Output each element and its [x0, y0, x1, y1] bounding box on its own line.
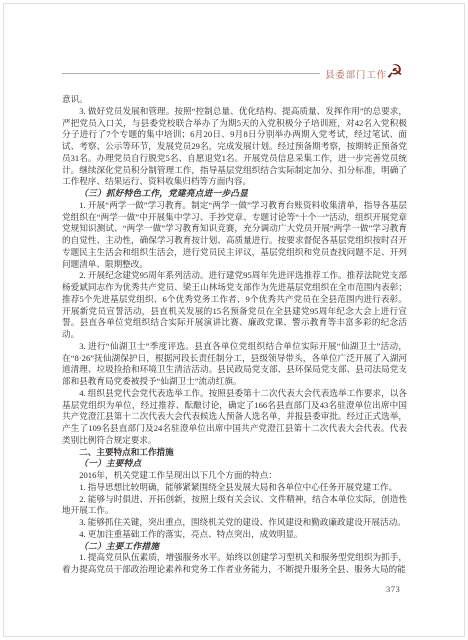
- paragraph: 1. 提高党员队伍素质，增强服务水平。始终以创建学习型机关和服务型党组织为抓手，…: [62, 552, 407, 576]
- party-emblem-icon: ☭: [386, 60, 403, 84]
- paragraph: 3. 做好党员发展和管理。按照“控制总量、优化结构、提高质量、发挥作用”的总要求…: [62, 106, 407, 188]
- running-head-rule: [62, 73, 320, 74]
- paragraph: 2016年，机关党建工作呈现出以下几个方面的特点：: [62, 470, 407, 482]
- paragraph: 2. 能够与时俱进、开拓创新，按照上级有关会议、文件精神，结合本单位实际，创造性…: [62, 494, 407, 518]
- paragraph: 4. 组织县党代会党代表选举工作。按照县委第十二次代表大会代表选举工作要求，以各…: [62, 388, 407, 447]
- paragraph: （二）主要工作措施: [62, 541, 407, 553]
- book-page: 县委部门工作 ☭ 意识。3. 做好党员发展和管理。按照“控制总量、优化结构、提高…: [0, 0, 468, 640]
- paragraph: 1. 开展“两学一做”学习教育。制定“两学一做”学习教育台账资料收集清单，指导各…: [62, 200, 407, 271]
- paragraph: 1. 指导思想比较明确，能够紧紧围绕全县发展大局和各单位中心任务开展党建工作。: [62, 482, 407, 494]
- paragraph: 二、主要特点和工作措施: [62, 447, 407, 459]
- running-head: 县委部门工作 ☭: [0, 60, 468, 86]
- paragraph: 意识。: [62, 94, 407, 106]
- paragraph: （三）抓好特色工作，党建亮点进一步凸显: [62, 188, 407, 200]
- running-head-title: 县委部门工作: [325, 67, 387, 81]
- paragraph: 3. 进行“仙湖卫士”季度评选。县直各单位党组织结合单位实际开展“仙湖卫士”活动…: [62, 341, 407, 388]
- paragraph: （一）主要特点: [62, 458, 407, 470]
- paragraph: 4. 更加注重基础工作的落实，亮点、特点突出，成效明显。: [62, 529, 407, 541]
- paragraph: 2. 开展纪念建党95周年系列活动。进行建党95周年先进评选推荐工作。推荐法院党…: [62, 270, 407, 341]
- page-number: 373: [386, 584, 400, 594]
- paragraph: 3. 能够抓住关键，突出重点，围绕机关党的建设、作风建设和勤政廉政建设开展活动。: [62, 517, 407, 529]
- document-body: 意识。3. 做好党员发展和管理。按照“控制总量、优化结构、提高质量、发挥作用”的…: [62, 94, 407, 576]
